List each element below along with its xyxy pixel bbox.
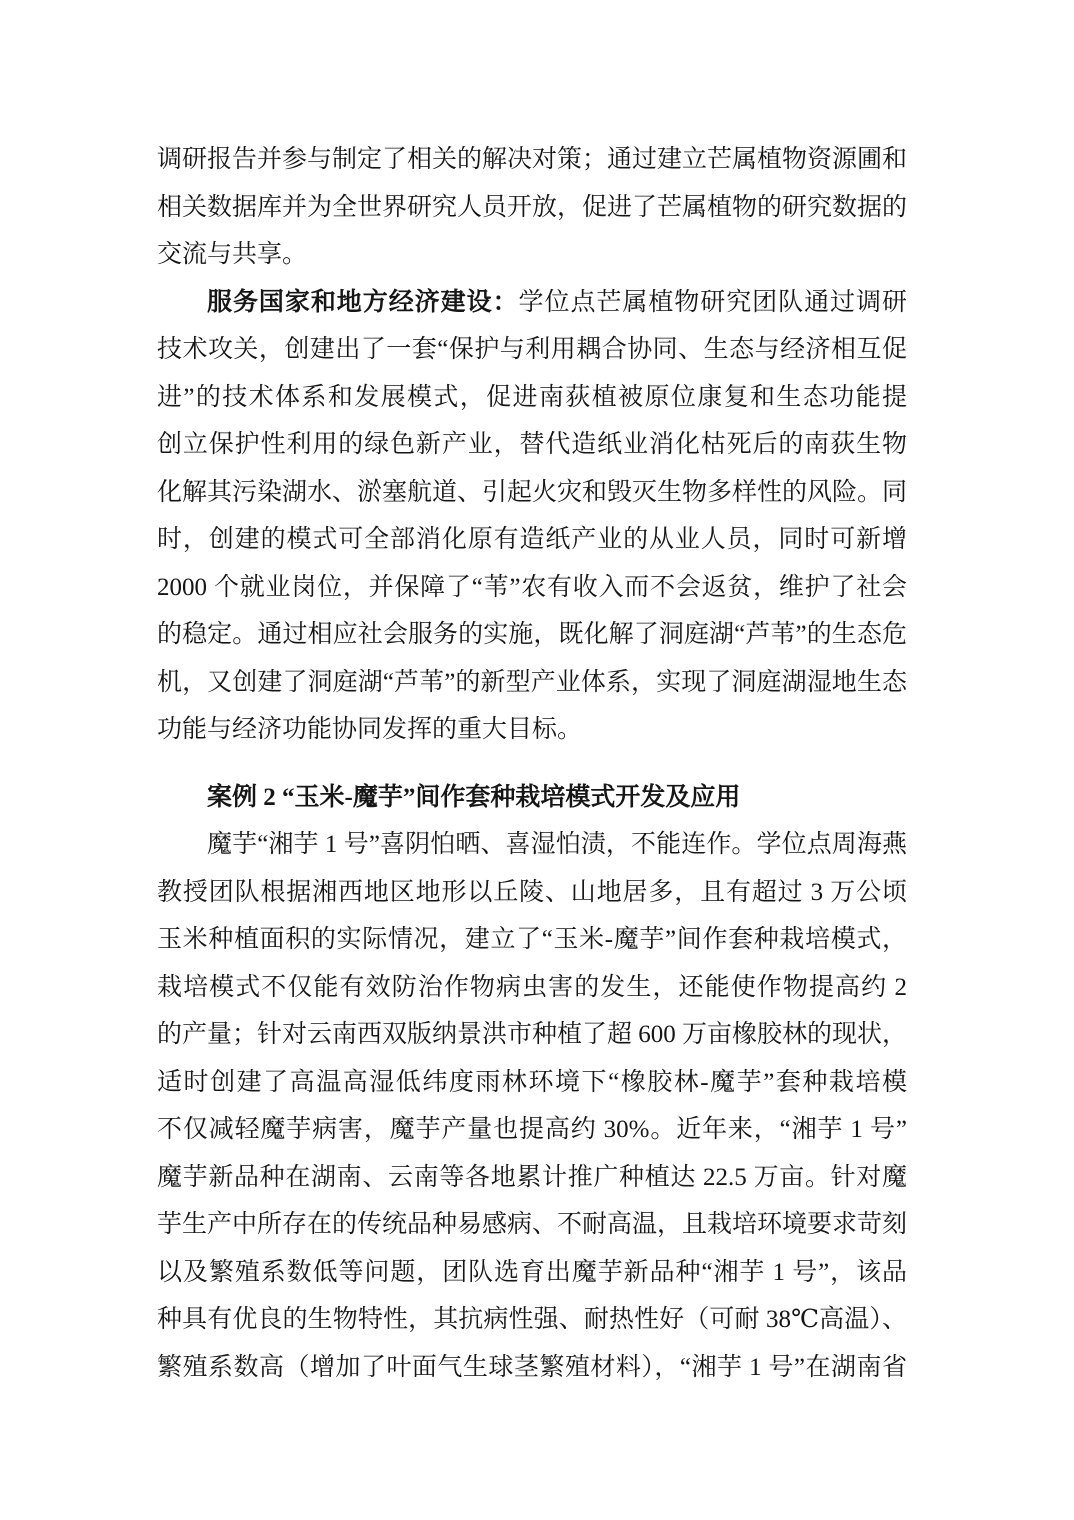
text-line: 2000 个就业岗位，并保障了“苇”农有收入而不会返贫，维护了社会 xyxy=(157,564,907,612)
text-line: 教授团队根据湘西地区地形以丘陵、山地居多，且有超过 3 万公顷 xyxy=(157,869,907,917)
text-line: 服务国家和地方经济建设：学位点芒属植物研究团队通过调研及 xyxy=(157,279,907,327)
text-line: 适时创建了高温高湿低纬度雨林环境下“橡胶林-魔芋”套种栽培模式， xyxy=(157,1059,907,1107)
text-line: 技术攻关，创建出了一套“保护与利用耦合协同、生态与经济相互促 xyxy=(157,326,907,374)
document-page: 调研报告并参与制定了相关的解决对策；通过建立芒属植物资源圃和相关数据库并为全世界… xyxy=(0,0,1074,1520)
text-line: 调研报告并参与制定了相关的解决对策；通过建立芒属植物资源圃和 xyxy=(157,136,907,184)
text-line: 以及繁殖系数低等问题，团队选育出魔芋新品种“湘芋 1 号”，该品 xyxy=(157,1249,907,1297)
text-line: 不仅减轻魔芋病害，魔芋产量也提高约 30%。近年来，“湘芋 1 号” xyxy=(157,1106,907,1154)
text-line: 的产量；针对云南西双版纳景洪市种植了超 600 万亩橡胶林的现状， xyxy=(157,1011,907,1059)
text-line: 玉米种植面积的实际情况，建立了“玉米-魔芋”间作套种栽培模式，该 xyxy=(157,916,907,964)
paragraph-case-2-body: 魔芋“湘芋 1 号”喜阴怕晒、喜湿怕渍，不能连作。学位点周海燕教授团队根据湘西地… xyxy=(157,821,907,1391)
text-line: 时，创建的模式可全部消化原有造纸产业的从业人员，同时可新增 xyxy=(157,516,907,564)
page-text-content: 调研报告并参与制定了相关的解决对策；通过建立芒属植物资源圃和相关数据库并为全世界… xyxy=(157,136,907,1391)
heading-case-2: 案例 2 “玉米-魔芋”间作套种栽培模式开发及应用 xyxy=(157,774,907,822)
text-line: 种具有优良的生物特性，其抗病性强、耐热性好（可耐 38℃高温）、 xyxy=(157,1296,907,1344)
text-line: 相关数据库并为全世界研究人员开放，促进了芒属植物的研究数据的 xyxy=(157,184,907,232)
text-line: 功能与经济功能协同发挥的重大目标。 xyxy=(157,706,907,754)
text-line: 魔芋“湘芋 1 号”喜阴怕晒、喜湿怕渍，不能连作。学位点周海燕 xyxy=(157,821,907,869)
text-line: 机，又创建了洞庭湖“芦苇”的新型产业体系，实现了洞庭湖湿地生态 xyxy=(157,659,907,707)
text-line: 魔芋新品种在湖南、云南等各地累计推广种植达 22.5 万亩。针对魔 xyxy=(157,1154,907,1202)
text-line: 案例 2 “玉米-魔芋”间作套种栽培模式开发及应用 xyxy=(157,774,907,822)
text-line: 栽培模式不仅能有效防治作物病虫害的发生，还能使作物提高约 20% xyxy=(157,964,907,1012)
text-line: 的稳定。通过相应社会服务的实施，既化解了洞庭湖“芦苇”的生态危 xyxy=(157,611,907,659)
text-line: 化解其污染湖水、淤塞航道、引起火灾和毁灭生物多样性的风险。同 xyxy=(157,469,907,517)
text-line: 进”的技术体系和发展模式，促进南荻植被原位康复和生态功能提升， xyxy=(157,374,907,422)
text-line: 芋生产中所存在的传统品种易感病、不耐高温，且栽培环境要求苛刻 xyxy=(157,1201,907,1249)
text-line: 交流与共享。 xyxy=(157,231,907,279)
paragraph-service-economy: 服务国家和地方经济建设：学位点芒属植物研究团队通过调研及技术攻关，创建出了一套“… xyxy=(157,279,907,754)
paragraph-continuation: 调研报告并参与制定了相关的解决对策；通过建立芒属植物资源圃和相关数据库并为全世界… xyxy=(157,136,907,279)
text-line: 繁殖系数高（增加了叶面气生球茎繁殖材料），“湘芋 1 号”在湖南省 xyxy=(157,1344,907,1392)
bold-lead-in: 服务国家和地方经济建设： xyxy=(207,289,519,316)
text-line: 创立保护性利用的绿色新产业，替代造纸业消化枯死后的南荻生物质， xyxy=(157,421,907,469)
